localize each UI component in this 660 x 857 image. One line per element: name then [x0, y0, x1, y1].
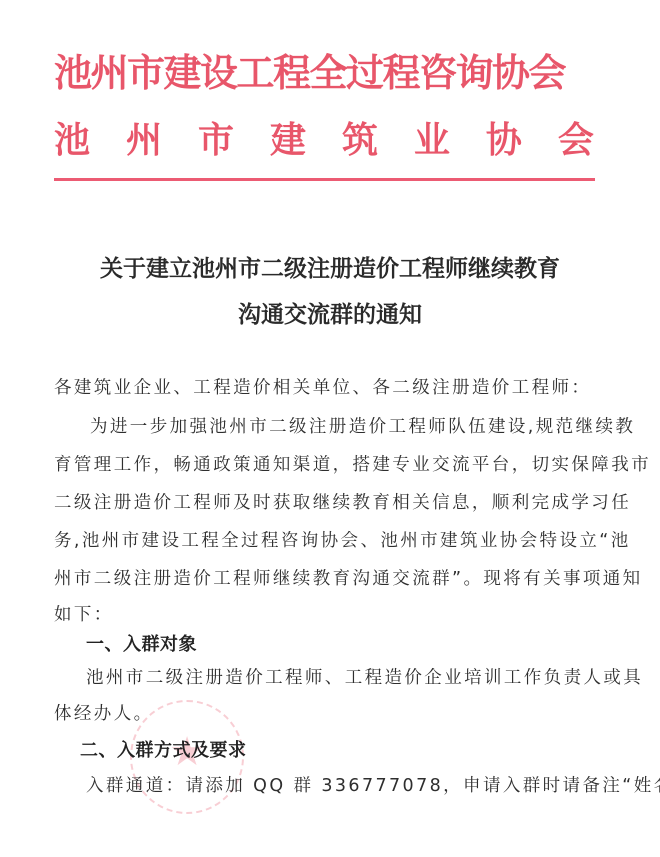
- org2-char: 会: [558, 116, 594, 164]
- section-1-heading: 一、入群对象: [86, 630, 197, 656]
- org2-char: 协: [486, 116, 522, 164]
- paragraph-line: 育管理工作，畅通政策通知渠道，搭建专业交流平台，切实保障我市: [54, 451, 614, 476]
- org2-char: 市: [198, 116, 234, 164]
- paragraph-line: 如下：: [54, 601, 614, 626]
- section-2-heading: 二、入群方式及要求: [80, 736, 247, 762]
- paragraph-line: 二级注册造价工程师及时获取继续教育相关信息，顺利完成学习任: [54, 489, 614, 514]
- letterhead-org1: 池州市建设工程全过程咨询协会: [54, 48, 594, 98]
- letterhead-divider: [54, 178, 595, 181]
- document-title-line2: 沟通交流群的通知: [0, 296, 660, 329]
- section-2-line: 入群通道：请添加 QQ 群 336777078，申请入群时请备注“姓名+: [86, 772, 646, 797]
- paragraph-line: 州市二级注册造价工程师继续教育沟通交流群”。现将有关事项通知: [54, 565, 614, 590]
- section-1-line: 池州市二级注册造价工程师、工程造价企业培训工作负责人或具: [86, 664, 646, 689]
- document-title-line1: 关于建立池州市二级注册造价工程师继续教育: [0, 250, 660, 283]
- org2-char: 池: [54, 116, 90, 164]
- org2-char: 州: [126, 116, 162, 164]
- org2-char: 建: [270, 116, 306, 164]
- salutation: 各建筑业企业、工程造价相关单位、各二级注册造价工程师：: [54, 374, 614, 399]
- letterhead-org2: 池 州 市 建 筑 业 协 会: [54, 116, 594, 164]
- org2-char: 业: [414, 116, 450, 164]
- paragraph-line: 为进一步加强池州市二级注册造价工程师队伍建设,规范继续教: [90, 413, 650, 438]
- paragraph-line: 务,池州市建设工程全过程咨询协会、池州市建筑业协会特设立“池: [54, 527, 614, 552]
- section-1-line: 体经办人。: [54, 700, 614, 725]
- org2-char: 筑: [342, 116, 378, 164]
